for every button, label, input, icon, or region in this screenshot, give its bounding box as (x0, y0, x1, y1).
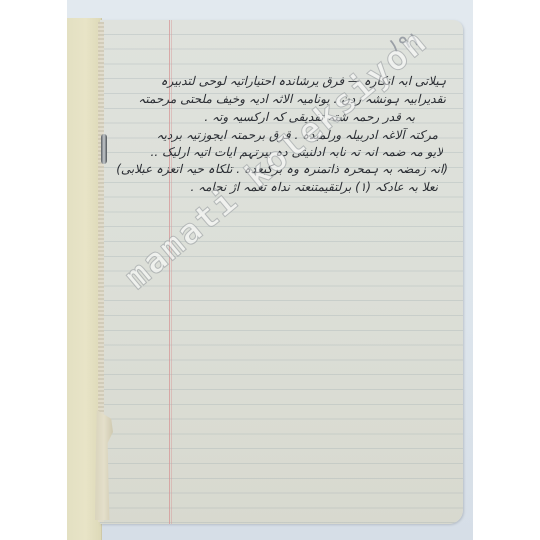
handwriting-line: تقدیرابیہ ہونشہ ردن . بونامیہ الاثہ ادیہ… (118, 92, 446, 106)
handwriting-block: ہیلاتی ابہ انکارہ — فرق یرشاندہ احتیارات… (0, 0, 540, 540)
notebook-photo: ١٩١ ہیلاتی ابہ انکارہ — فرق یرشاندہ احتی… (0, 0, 540, 540)
